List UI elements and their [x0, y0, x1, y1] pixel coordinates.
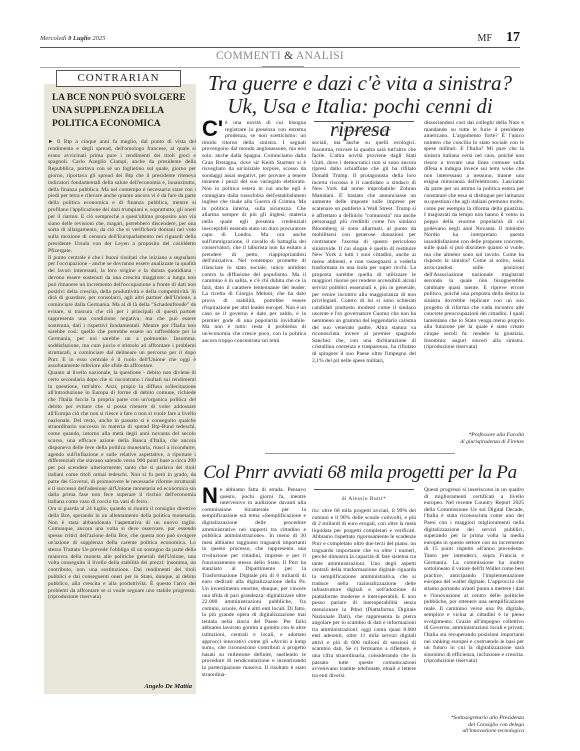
contrarian-paragraph: Ora si guarda al 24 luglio, quando si ri… [48, 506, 196, 601]
contrarian-paragraph: ► Il Btp a cinque anni fa meglio, dal pu… [48, 139, 196, 255]
article2-text: Questi progressi si inseriscono in un qu… [424, 487, 524, 664]
issue-date: Mercoledì 9 Luglio 2025 [40, 35, 105, 42]
article2-text: e abbiamo fatta di strada. Pensavo quest… [202, 487, 306, 678]
section-left: COMMENTI [216, 50, 281, 62]
article1-column-3: dissociandosi così dai colleghi della Na… [424, 120, 524, 438]
contrarian-paragraph: Quanto al livello nazionale, la question… [48, 370, 196, 506]
footnote-line: *Sottosegretario alla Presidenza [424, 715, 524, 722]
byline-rule [314, 489, 414, 490]
article1-dropcap: C' [202, 120, 223, 138]
newspaper-page: Mercoledì 9 Luglio 2025 MF 17 COMMENTI &… [40, 0, 560, 751]
footnote-line: di giurisprudenza di Firenze [424, 439, 524, 446]
article2-byline: di Alessio Butti* [314, 496, 414, 502]
contrarian-label: CONTRARIAN [56, 70, 181, 87]
date-day-month: 9 Luglio [68, 35, 91, 42]
article1-byline: di Stefano Mannoni* [314, 128, 414, 134]
contrarian-paragraph: Il punto centrale è che i buoni risultat… [48, 255, 196, 371]
article2-dropcap: N [202, 487, 218, 505]
contrarian-author: Angelo De Mattia [144, 683, 192, 690]
section-amp: & [284, 50, 293, 62]
section-title: COMMENTI & ANALISI [40, 50, 520, 62]
article1-headline-line1: Tra guerre e dazi c'è vita a sinistra? [200, 72, 520, 95]
brand-logo: MF [478, 33, 492, 44]
article2-text: rio: oltre 68 mila progetti avviati, il … [312, 508, 416, 679]
date-weekday: Mercoledì [40, 35, 66, 42]
masthead: Mercoledì 9 Luglio 2025 MF 17 [40, 33, 520, 48]
section-divider [40, 67, 520, 68]
byline-rule [314, 121, 414, 122]
article1-text: è una novità di cui bisogna registrare l… [202, 120, 306, 344]
article-divider [265, 453, 455, 454]
article1-footnote: *Professore alla Facoltà di giurispruden… [424, 432, 524, 445]
article2-column-3: Questi progressi si inseriscono in un qu… [424, 487, 524, 713]
article2-headline: Col Pnrr avviati 68 mila progetti per la… [200, 462, 520, 484]
article2-column-2: rio: oltre 68 mila progetti avviati, il … [312, 508, 416, 738]
contrarian-body: ► Il Btp a cinque anni fa meglio, dal pu… [48, 139, 196, 601]
page-number: 17 [506, 30, 520, 46]
section-right: ANALISI [296, 50, 344, 62]
footnote-line: *Professore alla Facoltà [424, 432, 524, 439]
footnote-line: del Consiglio con delega [424, 722, 524, 729]
footnote-line: all'innovazione tecnologica [424, 728, 524, 735]
article1-column-2: sociali, ma anche su quelli ecologici. I… [312, 140, 416, 448]
article2-footnote: *Sottosegretario alla Presidenza del Con… [424, 715, 524, 735]
contrarian-column: CONTRARIAN La Bce non può svolgere una s… [44, 84, 196, 694]
date-year: 2025 [92, 35, 105, 42]
article1-text: sociali, ma anche su quelli ecologici. I… [312, 140, 416, 364]
article1-column-1: C' è una novità di cui bisogna registrar… [202, 120, 306, 448]
article1-text: dissociandosi così dai colleghi della Na… [424, 120, 524, 350]
contrarian-headline: La Bce non può svolgere una supplenza de… [52, 92, 192, 131]
article2-column-1: N e abbiamo fatta di strada. Pensavo que… [202, 487, 306, 745]
